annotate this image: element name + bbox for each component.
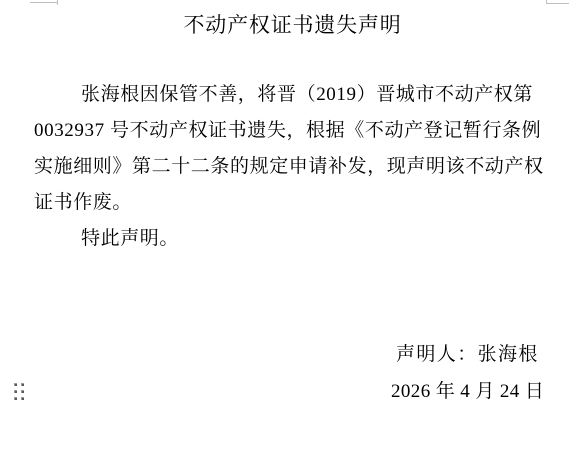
text-boundary-mark-top-right bbox=[546, 3, 569, 4]
document-title: 不动产权证书遗失声明 bbox=[0, 12, 585, 38]
text-boundary-mark-top-right-tick bbox=[546, 0, 547, 4]
document-page: 不动产权证书遗失声明 张海根因保管不善，将晋（2019）晋城市不动产权第 003… bbox=[0, 0, 585, 457]
closing-statement-line: 特此声明。 bbox=[81, 227, 179, 251]
text-boundary-mark-top-left bbox=[30, 2, 58, 3]
drag-handle-icon[interactable] bbox=[14, 383, 24, 400]
body-line-3: 实施细则》第二十二条的规定申请补发，现声明该不动产权 bbox=[34, 155, 544, 179]
body-line-4: 证书作废。 bbox=[34, 191, 132, 215]
drag-handle-dot bbox=[21, 397, 24, 400]
drag-handle-dot bbox=[21, 390, 24, 393]
body-line-1: 张海根因保管不善，将晋（2019）晋城市不动产权第 bbox=[81, 83, 533, 107]
drag-handle-dot bbox=[21, 383, 24, 386]
drag-handle-dot bbox=[14, 383, 17, 386]
drag-handle-dot bbox=[14, 397, 17, 400]
drag-handle-dot bbox=[14, 390, 17, 393]
body-line-2: 0032937 号不动产权证书遗失，根据《不动产登记暂行条例 bbox=[34, 119, 541, 143]
signature-date: 2026 年 4 月 24 日 bbox=[391, 380, 544, 404]
text-boundary-mark-top-left-tick bbox=[57, 0, 58, 5]
signature-declarant: 声明人：张海根 bbox=[396, 343, 539, 367]
